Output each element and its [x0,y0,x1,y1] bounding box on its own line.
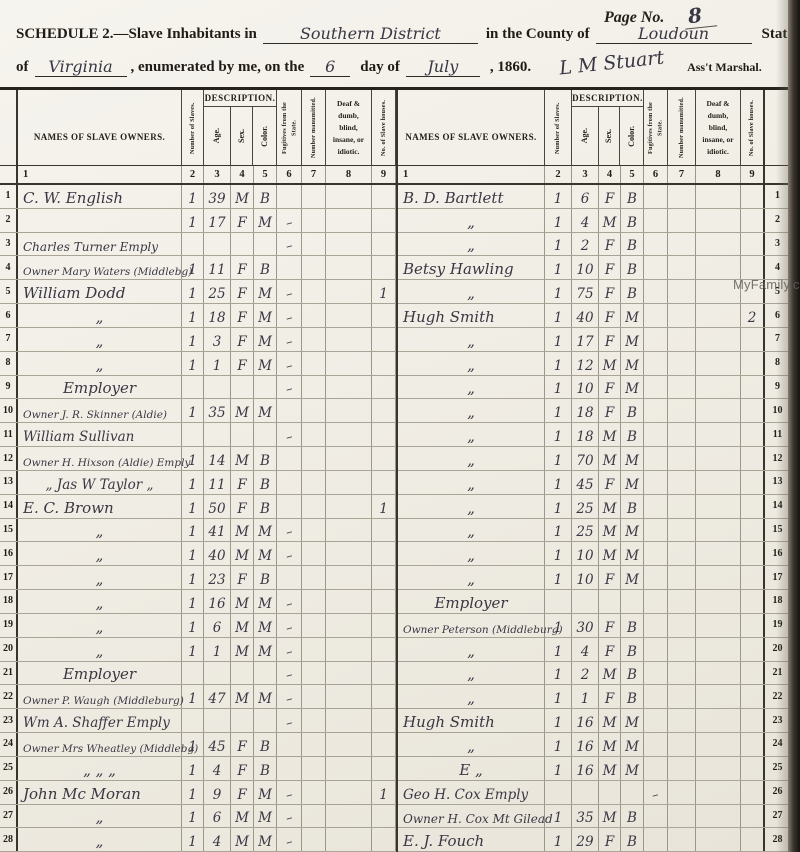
fugitives-mark [644,495,668,518]
color-value: M [254,781,277,804]
manumitted-value [668,352,696,375]
deaf-dumb-value [696,662,741,685]
age-value [572,590,599,613]
slave-houses-value: 2 [741,304,765,327]
column-number: 1 [398,166,545,183]
fugitives-mark [644,423,668,446]
slave-houses-value [372,185,396,208]
col-slave-houses-header: No. of Slave houses. [741,90,765,165]
sex-value: F [599,280,621,303]
table-right-half: NAMES OF SLAVE OWNERS. Number of Slaves.… [396,90,790,852]
age-value: 16 [572,733,599,756]
slave-houses-value [741,638,765,661]
table-row: 5William Dodd125FM–1 [0,280,396,304]
owner-name: Hugh Smith [398,304,545,327]
col-fugitives-header: Fugitives from the State. [644,90,668,165]
owner-name: „ [18,805,182,828]
table-row: „112MM8 [398,352,790,376]
age-value: 25 [572,519,599,542]
deaf-dumb-value [696,185,741,208]
sex-value: M [231,447,254,470]
slave-houses-value [372,542,396,565]
table-row: 28„14MM– [0,828,396,852]
sex-value: F [599,471,621,494]
fugitives-mark [644,471,668,494]
number-of-slaves-value: 1 [545,685,572,708]
sex-value: M [599,733,621,756]
number-of-slaves-value: 1 [182,280,204,303]
row-number: 14 [0,495,18,518]
description-group-header: DESCRIPTION. Age. Sex. Color. [204,90,277,165]
deaf-dumb-value [326,638,372,661]
table-row: Betsy Hawling110FB4 [398,256,790,280]
fugitives-mark: – [277,423,302,446]
sex-value [231,662,254,685]
number-of-slaves-value: 1 [545,447,572,470]
owner-name: „ [18,304,182,327]
fugitives-mark [644,447,668,470]
row-number: 7 [0,328,18,351]
manumitted-value [302,542,326,565]
owner-name: „ [398,447,545,470]
fugitives-mark [644,185,668,208]
manumitted-value [302,280,326,303]
number-of-slaves-value: 1 [182,638,204,661]
month-handwritten: July [406,57,480,77]
owner-name: „ [398,685,545,708]
col-deaf-dumb-header: Deaf & dumb, blind, insane, or idiotic. [696,90,741,165]
row-number: 5 [0,280,18,303]
number-of-slaves-value: 1 [545,638,572,661]
manumitted-value [668,376,696,399]
table-row: „110FM9 [398,376,790,400]
owner-name: E. J. Fouch [398,828,545,851]
age-value: 18 [204,304,231,327]
table-row: „110MM16 [398,542,790,566]
row-number: 12 [0,447,18,470]
slave-houses-value [372,566,396,589]
color-value: B [621,828,644,851]
owner-name: William Sullivan [18,423,182,446]
sex-value: F [231,304,254,327]
table-header-left: NAMES OF SLAVE OWNERS. Number of Slaves.… [0,90,396,166]
fugitives-mark: – [644,781,668,804]
slave-houses-value [372,757,396,780]
age-value [204,376,231,399]
census-schedule-page: Page No. 8 SCHEDULE 2.—Slave Inhabitants… [0,0,800,852]
color-value: M [254,685,277,708]
owner-name: „ [398,280,545,303]
table-row: Employer18 [398,590,790,614]
manumitted-value [668,662,696,685]
table-row: 15„141MM– [0,519,396,543]
color-value: B [621,495,644,518]
deaf-dumb-value [326,447,372,470]
owner-name [18,209,182,232]
manumitted-value [668,542,696,565]
row-number: 21 [0,662,18,685]
age-value: 29 [572,828,599,851]
manumitted-value [302,328,326,351]
number-of-slaves-value: 1 [182,519,204,542]
color-value [621,781,644,804]
fugitives-mark [644,566,668,589]
deaf-dumb-value [696,757,741,780]
fugitives-mark [644,709,668,732]
fugitives-mark: – [277,519,302,542]
manumitted-value [668,423,696,446]
age-value: 18 [572,423,599,446]
county-handwritten: Loudoun [596,24,752,44]
manumitted-value [668,495,696,518]
table-row: 7„13FM– [0,328,396,352]
deaf-dumb-value [696,805,741,828]
color-value: M [254,590,277,613]
manumitted-value [302,209,326,232]
row-number: 27 [0,805,18,828]
table-row: E. J. Fouch129FB28 [398,828,790,852]
manumitted-value [302,828,326,851]
sex-value: F [599,828,621,851]
sex-value: M [599,352,621,375]
sex-value [231,233,254,256]
manumitted-value [302,614,326,637]
number-of-slaves-value: 1 [182,399,204,422]
age-value: 16 [572,709,599,732]
owner-name: „ [398,471,545,494]
deaf-dumb-value [696,447,741,470]
state-handwritten: Virginia [35,57,127,77]
sex-value [231,709,254,732]
owner-name: „ [18,590,182,613]
deaf-dumb-value [696,542,741,565]
sex-value: M [231,805,254,828]
fugitives-mark [644,685,668,708]
number-of-slaves-value: 1 [182,781,204,804]
color-value: M [254,304,277,327]
sex-value: F [599,256,621,279]
manumitted-value [302,399,326,422]
fugitives-mark: – [277,233,302,256]
fugitives-mark [644,733,668,756]
sex-value: M [599,447,621,470]
sex-value: F [231,757,254,780]
of-label: of [16,59,35,77]
data-rows-right: B. D. Bartlett16FB1„14MB2„12FB3Betsy Haw… [398,185,790,852]
col-deaf-dumb-header: Deaf & dumb, blind, insane, or idiotic. [326,90,372,165]
fugitives-mark: – [277,542,302,565]
county-label: in the County of [478,26,596,44]
manumitted-value [302,733,326,756]
column-number: 8 [326,166,372,183]
table-row: 18„116MM– [0,590,396,614]
sex-value: M [231,638,254,661]
color-value: B [254,185,277,208]
owner-name: „ [18,328,182,351]
data-rows-left: 1C. W. English139MB2117FM–3Charles Turne… [0,185,396,852]
age-value: 3 [204,328,231,351]
owner-name: „ [398,566,545,589]
slave-houses-value [741,185,765,208]
color-value: B [621,662,644,685]
fugitives-mark [644,304,668,327]
slave-houses-value [372,519,396,542]
column-number: 4 [231,166,254,183]
age-value: 14 [204,447,231,470]
owner-name: „ [398,233,545,256]
slave-houses-value: 1 [372,495,396,518]
fugitives-mark: – [277,685,302,708]
manumitted-value [668,328,696,351]
manumitted-value [668,638,696,661]
color-value: B [254,566,277,589]
number-of-slaves-value: 1 [545,256,572,279]
fugitives-mark [277,757,302,780]
sex-value: F [599,638,621,661]
age-value: 25 [572,495,599,518]
column-number-row-left: 123456789 [0,166,396,185]
row-number: 10 [0,399,18,422]
fugitives-mark: – [277,709,302,732]
age-value: 18 [572,399,599,422]
row-number: 9 [0,376,18,399]
col-manumitted-header: Number manumitted. [668,90,696,165]
manumitted-value [668,614,696,637]
age-value: 6 [204,614,231,637]
age-value: 4 [204,828,231,851]
fugitives-mark: – [277,781,302,804]
row-number: 26 [0,781,18,804]
owner-name: Owner H. Hixson (Aldie) Emply [18,447,182,470]
deaf-dumb-value [326,828,372,851]
sex-value: F [231,256,254,279]
sex-value: F [599,185,621,208]
deaf-dumb-value [696,733,741,756]
owner-name: Charles Turner Emply [18,233,182,256]
slave-houses-value [372,256,396,279]
sex-value: M [231,685,254,708]
sex-value: M [599,805,621,828]
manumitted-value [302,685,326,708]
table-row: 26John Mc Moran19FM–1 [0,781,396,805]
col-sex-header: Sex. [599,107,621,165]
sex-value: M [599,757,621,780]
marshal-signature: L M Stuart [536,44,687,82]
fugitives-mark [644,280,668,303]
owner-name: B. D. Bartlett [398,185,545,208]
owner-name: „ [18,828,182,851]
fugitives-mark: – [277,352,302,375]
fugitives-mark [644,662,668,685]
owner-name: Betsy Hawling [398,256,545,279]
sex-value: F [231,495,254,518]
table-row: 23Wm A. Shaffer Emply– [0,709,396,733]
col-number-of-slaves-header: Number of Slaves. [545,90,572,165]
slave-houses-value [741,542,765,565]
number-of-slaves-value: 1 [545,519,572,542]
age-value [204,233,231,256]
deaf-dumb-value [696,352,741,375]
number-of-slaves-value: 1 [545,304,572,327]
table-row: 21Employer– [0,662,396,686]
deaf-dumb-value [696,233,741,256]
deaf-dumb-value [326,328,372,351]
color-value: B [621,280,644,303]
owner-name: „ [398,542,545,565]
table-row: Hugh Smith140FM26 [398,304,790,328]
color-value: M [621,757,644,780]
table-row: 19„16MM– [0,614,396,638]
fugitives-mark [644,805,668,828]
col-fugitives-header: Fugitives from the State. [277,90,302,165]
slave-houses-value [372,399,396,422]
age-value: 4 [204,757,231,780]
table-row: 9Employer– [0,376,396,400]
owner-name: „ [18,638,182,661]
sex-value: F [231,566,254,589]
table-row: E „116MM25 [398,757,790,781]
table-top-rule [0,87,792,90]
deaf-dumb-value [696,328,741,351]
age-value: 1 [204,638,231,661]
slave-houses-value [372,614,396,637]
column-number: 4 [599,166,621,183]
deaf-dumb-value [696,519,741,542]
manumitted-value [668,709,696,732]
slave-houses-value [741,256,765,279]
deaf-dumb-value [326,614,372,637]
col-age-header: Age. [572,107,599,165]
color-value: M [254,828,277,851]
deaf-dumb-value [326,376,372,399]
col-sex-header: Sex. [231,107,254,165]
deaf-dumb-value [696,304,741,327]
number-of-slaves-value: 1 [182,757,204,780]
manumitted-value [668,256,696,279]
slave-houses-value [741,423,765,446]
sex-value: F [231,781,254,804]
manumitted-value [302,304,326,327]
sex-value: F [231,328,254,351]
age-value: 17 [572,328,599,351]
slave-houses-value [372,423,396,446]
column-number: 3 [204,166,231,183]
color-value: B [254,256,277,279]
column-number-row-right: 123456789 [398,166,790,185]
color-value: M [254,542,277,565]
number-of-slaves-value: 1 [182,304,204,327]
age-value: 25 [204,280,231,303]
number-of-slaves-value: 1 [545,185,572,208]
slave-houses-value [372,352,396,375]
fugitives-mark [277,495,302,518]
fugitives-mark [644,614,668,637]
sex-value [599,590,621,613]
number-of-slaves-value: 1 [182,352,204,375]
number-of-slaves-value: 1 [182,828,204,851]
color-value: B [621,399,644,422]
manumitted-value [302,495,326,518]
sex-value: F [599,304,621,327]
deaf-dumb-value [696,590,741,613]
age-value: 10 [572,256,599,279]
deaf-dumb-value [696,638,741,661]
color-value: M [621,447,644,470]
owner-name: C. W. English [18,185,182,208]
age-value: 11 [204,471,231,494]
fugitives-mark [644,256,668,279]
color-value: B [621,614,644,637]
slave-houses-value [372,828,396,851]
age-value: 23 [204,566,231,589]
age-value: 12 [572,352,599,375]
sex-value: M [231,828,254,851]
owner-name: „ [398,352,545,375]
table-row: 1C. W. English139MB [0,185,396,209]
manumitted-value [668,185,696,208]
slave-houses-value [741,662,765,685]
deaf-dumb-value [326,209,372,232]
manumitted-value [302,519,326,542]
number-of-slaves-value [182,709,204,732]
deaf-dumb-value [326,280,372,303]
color-value: B [621,233,644,256]
manumitted-value [302,376,326,399]
year-label: , 1860. [480,59,537,77]
owner-name: Hugh Smith [398,709,545,732]
slave-houses-value [372,447,396,470]
col-names-header: NAMES OF SLAVE OWNERS. [18,90,182,165]
column-number: 7 [302,166,326,183]
table-row: Geo H. Cox Emply–26 [398,781,790,805]
manumitted-value [668,399,696,422]
owner-name: „ [18,566,182,589]
manumitted-value [302,423,326,446]
number-of-slaves-value: 1 [545,376,572,399]
row-number: 11 [0,423,18,446]
manumitted-value [302,662,326,685]
owner-name: „ [18,519,182,542]
owner-name: „ [398,209,545,232]
number-of-slaves-value [182,423,204,446]
color-value: B [621,185,644,208]
table-row: 6„118FM– [0,304,396,328]
sex-value: F [599,376,621,399]
age-value: 35 [204,399,231,422]
color-value: B [621,423,644,446]
number-of-slaves-value: 1 [545,233,572,256]
number-of-slaves-value: 1 [545,423,572,446]
age-value: 16 [204,590,231,613]
table-row: „170MM12 [398,447,790,471]
table-row: 17„123FB [0,566,396,590]
number-of-slaves-value: 1 [545,280,572,303]
manumitted-value [302,233,326,256]
manumitted-value [302,447,326,470]
row-number: 24 [0,733,18,756]
row-number-column [0,166,18,183]
table-row: 20„11MM– [0,638,396,662]
col-color-header: Color. [620,107,643,165]
form-title-line-1: SCHEDULE 2.—Slave Inhabitants in Souther… [16,24,794,44]
age-value: 40 [572,304,599,327]
owner-name: Employer [18,376,182,399]
sex-value: M [599,542,621,565]
table-row: „116MM24 [398,733,790,757]
row-number: 20 [0,638,18,661]
deaf-dumb-value [326,471,372,494]
deaf-dumb-value [696,709,741,732]
